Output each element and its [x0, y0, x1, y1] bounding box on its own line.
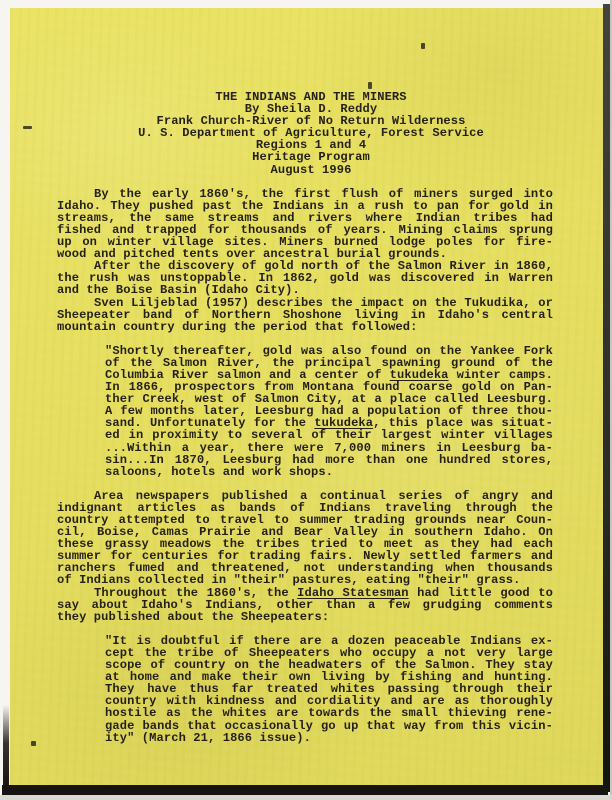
paragraph: After the discovery of gold north of the…	[57, 260, 553, 296]
program-line: Heritage Program	[63, 151, 559, 163]
scan-speck	[23, 126, 32, 129]
text-line: mountain country during the period that …	[57, 321, 553, 333]
blockquote: "It is doubtful if there are a dozen pea…	[105, 635, 553, 744]
document-header: THE INDIANS AND THE MINERS By Sheila D. …	[63, 8, 559, 176]
scan-speck	[368, 82, 372, 89]
blockquote: "Shortly thereafter, gold was also found…	[105, 345, 553, 478]
scan-edge-left	[3, 705, 9, 790]
paragraph: Sven Liljeblad (1957) describes the impa…	[57, 297, 553, 333]
scanned-page: THE INDIANS AND THE MINERS By Sheila D. …	[0, 0, 612, 800]
scan-speck	[421, 43, 425, 49]
scan-border-bottom	[0, 795, 612, 800]
text-line: saloons, hotels and work shops.	[105, 466, 553, 478]
document-content: THE INDIANS AND THE MINERS By Sheila D. …	[57, 8, 553, 744]
paragraph: Throughout the 1860's, the Idaho Statesm…	[57, 587, 553, 623]
scan-edge-right	[603, 4, 610, 792]
text-line: ity" (March 21, 1866 issue).	[105, 732, 553, 744]
scan-edge-bottom	[2, 785, 608, 795]
paragraph: Area newspapers published a continual se…	[57, 490, 553, 587]
date-line: August 1996	[63, 164, 559, 176]
document-body: By the early 1860's, the first flush of …	[57, 188, 553, 744]
paragraph: By the early 1860's, the first flush of …	[57, 188, 553, 261]
text-line: they published about the Sheepeaters:	[57, 611, 553, 623]
scan-speck	[31, 741, 36, 746]
paper-sheet: THE INDIANS AND THE MINERS By Sheila D. …	[10, 8, 603, 786]
